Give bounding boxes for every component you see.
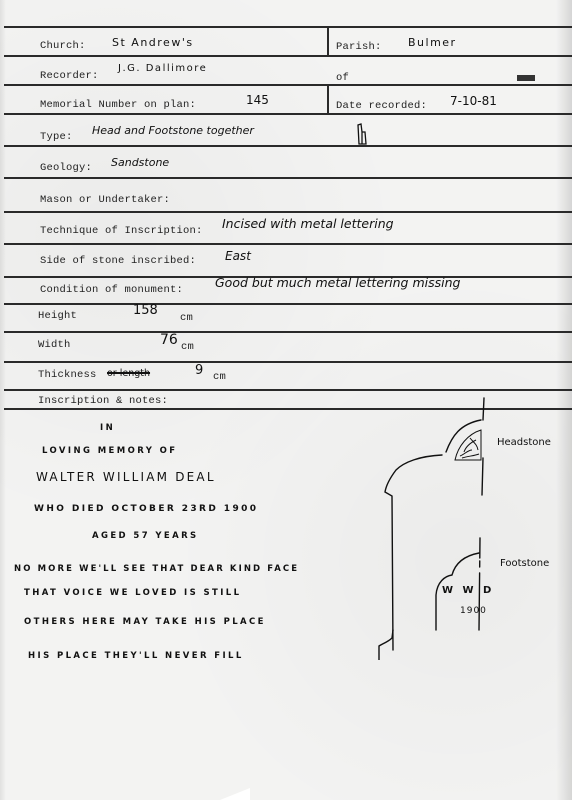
inscription-line: IN — [100, 423, 115, 433]
height-value: 158 — [133, 303, 158, 318]
width-value: 76 — [160, 332, 178, 348]
monument-sketch: Headstone Footstone W W D 1900 — [360, 390, 582, 660]
rule — [4, 243, 572, 245]
width-unit: cm — [181, 341, 194, 353]
rule — [4, 177, 572, 179]
inscription-line: LOVING MEMORY OF — [42, 446, 177, 456]
type-value: Head and Footstone together — [92, 124, 254, 137]
inscription-label: Inscription & notes: — [38, 395, 168, 407]
type-label: Type: — [40, 131, 73, 143]
thickness-unit: cm — [213, 371, 226, 383]
geology-label: Geology: — [40, 162, 92, 174]
side-value: East — [225, 249, 251, 263]
headstone-label: Headstone — [497, 437, 551, 448]
memorial-number-value: 145 — [246, 93, 269, 107]
inscription-line: HIS PLACE THEY'LL NEVER FILL — [28, 651, 244, 661]
memorial-number-label: Memorial Number on plan: — [40, 99, 196, 111]
technique-value: Incised with metal lettering — [222, 216, 394, 231]
inscription-line: WHO DIED OCTOBER 23RD 1900 — [34, 504, 258, 514]
column-divider — [327, 26, 329, 55]
thickness-value: 9 — [195, 363, 203, 378]
recorder-label: Recorder: — [40, 70, 99, 82]
height-label: Height — [38, 310, 77, 322]
inscription-line: NO MORE WE'LL SEE THAT DEAR KIND FACE — [14, 564, 299, 574]
rule — [4, 84, 572, 86]
parish-label: Parish: — [336, 41, 382, 53]
geology-value: Sandstone — [111, 156, 169, 169]
of-label: of — [336, 72, 349, 84]
thickness-label: Thickness — [38, 369, 97, 381]
rule — [4, 113, 572, 115]
inscription-line: WALTER WILLIAM DEAL — [36, 470, 216, 484]
page-fold — [220, 788, 250, 800]
footstone-label: Footstone — [500, 558, 549, 569]
redacted-mark — [517, 75, 535, 81]
inscription-line: AGED 57 YEARS — [92, 531, 199, 541]
church-label: Church: — [40, 40, 86, 52]
inscription-line: OTHERS HERE MAY TAKE HIS PLACE — [24, 617, 266, 627]
condition-value: Good but much metal lettering missing — [215, 275, 460, 290]
rule — [4, 145, 572, 147]
rule — [4, 26, 572, 28]
footstone-year: 1900 — [460, 606, 487, 616]
parish-value: Bulmer — [408, 36, 457, 49]
footstone-initials: W W D — [442, 585, 494, 596]
condition-label: Condition of monument: — [40, 284, 183, 296]
inscription-line: THAT VOICE WE LOVED IS STILL — [24, 588, 241, 598]
rule — [4, 331, 572, 333]
column-divider — [327, 84, 329, 113]
side-label: Side of stone inscribed: — [40, 255, 196, 267]
height-unit: cm — [180, 312, 193, 324]
thickness-struck-text: or length — [107, 368, 150, 379]
date-recorded-value: 7-10-81 — [450, 94, 497, 108]
rule — [4, 55, 572, 57]
width-label: Width — [38, 339, 71, 351]
mason-label: Mason or Undertaker: — [40, 194, 170, 206]
church-value: St Andrew's — [112, 36, 194, 49]
technique-label: Technique of Inscription: — [40, 225, 203, 237]
rule — [4, 361, 572, 363]
stone-type-icon — [356, 122, 368, 146]
recorder-value: J.G. Dallimore — [118, 63, 207, 74]
rule — [4, 211, 572, 213]
rule — [4, 303, 572, 305]
date-recorded-label: Date recorded: — [336, 100, 427, 112]
